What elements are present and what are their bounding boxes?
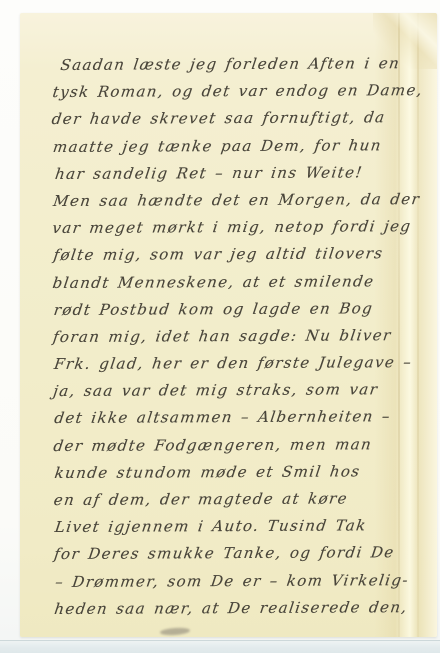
handwriting-line: Saadan læste jeg forleden Aften i en xyxy=(59,50,432,79)
handwriting-line: var meget mørkt i mig, netop fordi jeg xyxy=(51,213,433,242)
handwriting-line: foran mig, idet han sagde: Nu bliver xyxy=(51,322,433,351)
scanned-letter: Saadan læste jeg forleden Aften i entysk… xyxy=(0,0,440,653)
handwriting-line: Men saa hændte det en Morgen, da der xyxy=(51,186,432,215)
handwriting-line: har sandelig Ret – nur ins Weite! xyxy=(53,159,432,188)
handwriting-line: følte mig, som var jeg altid tilovers xyxy=(52,240,433,269)
handwriting-line: rødt Postbud kom og lagde en Bog xyxy=(52,295,433,324)
handwriting-line: Livet igjennem i Auto. Tusind Tak xyxy=(53,512,434,541)
handwriting-line: heden saa nær, at De realiserede den, xyxy=(52,594,434,623)
handwriting-line: en af dem, der magtede at køre xyxy=(52,485,434,514)
handwriting-line: ja, saa var det mig straks, som var xyxy=(51,376,433,405)
handwriting-line: der havde skrevet saa fornuftigt, da xyxy=(50,104,432,133)
letter-page: Saadan læste jeg forleden Aften i entysk… xyxy=(20,13,437,637)
handwriting-line: kunde stundom møde et Smil hos xyxy=(53,458,434,487)
handwriting-line: tysk Roman, og det var endog en Dame, xyxy=(51,77,432,106)
handwriting-line: – Drømmer, som De er – kom Virkelig- xyxy=(53,567,434,596)
handwritten-text: Saadan læste jeg forleden Aften i entysk… xyxy=(50,50,431,623)
handwriting-line: blandt Menneskene, at et smilende xyxy=(51,267,433,296)
handwriting-line: det ikke altsammen – Albernheiten – xyxy=(53,403,434,432)
handwriting-line: for Deres smukke Tanke, og fordi De xyxy=(52,539,434,568)
handwriting-line: maatte jeg tænke paa Dem, for hun xyxy=(51,132,432,161)
handwriting-line: Frk. glad, her er den første Julegave – xyxy=(52,349,433,378)
scan-edge-strip xyxy=(0,640,440,653)
handwriting-line: der mødte Fodgængeren, men man xyxy=(52,431,434,460)
